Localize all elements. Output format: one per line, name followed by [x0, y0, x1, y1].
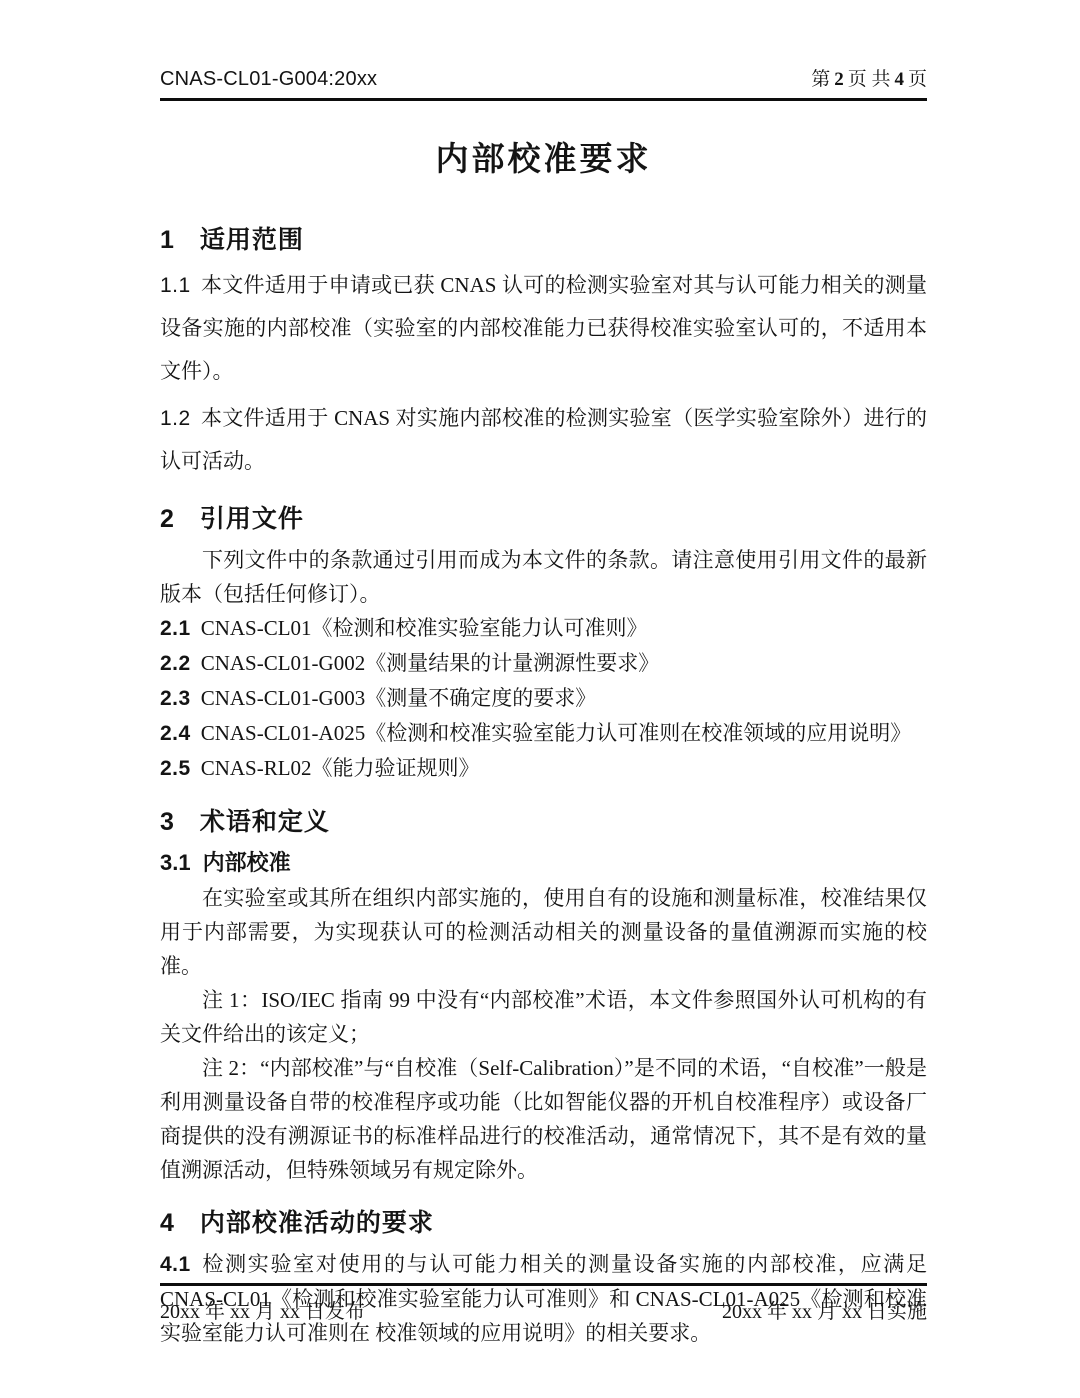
implementation-date: 20xx 年 xx 月 xx 日实施	[722, 1295, 927, 1324]
document-title: 内部校准要求	[160, 133, 927, 180]
page-header: CNAS-CL01-G004:20xx 第2页 共4页	[160, 64, 927, 101]
section-2-intro: 下列文件中的条款通过引用而成为本文件的条款。请注意使用引用文件的最新版本（包括任…	[160, 543, 927, 611]
document-code: CNAS-CL01-G004:20xx	[160, 68, 377, 91]
reference-2-2-label: 2.2	[160, 652, 191, 675]
clause-1-1-label: 1.1	[160, 274, 191, 297]
section-4-number: 4	[160, 1209, 174, 1237]
section-1-heading: 1适用范围	[160, 220, 927, 256]
section-1-number: 1	[160, 226, 174, 254]
release-date: 20xx 年 xx 月 xx 日发布	[160, 1295, 365, 1324]
section-4-title: 内部校准活动的要求	[200, 1209, 434, 1237]
section-1-title: 适用范围	[200, 226, 304, 254]
section-3-title: 术语和定义	[200, 808, 330, 836]
subsection-3-1-number: 3.1	[160, 850, 191, 875]
definition-paragraph: 在实验室或其所在组织内部实施的，使用自有的设施和测量标准，校准结果仅用于内部需要…	[160, 881, 927, 983]
reference-item: 2.1CNAS-CL01《检测和校准实验室能力认可准则》	[160, 611, 927, 646]
clause-4-1-label: 4.1	[160, 1253, 191, 1276]
clause-1-1-text: 本文件适用于申请或已获 CNAS 认可的检测实验室对其与认可能力相关的测量设备实…	[160, 273, 927, 383]
reference-2-3-label: 2.3	[160, 687, 191, 710]
page-label-suffix: 页	[908, 69, 927, 90]
clause-1-2-text: 本文件适用于 CNAS 对实施内部校准的检测实验室（医学实验室除外）进行的认可活…	[160, 406, 927, 473]
section-4-heading: 4内部校准活动的要求	[160, 1203, 927, 1239]
page-footer: 20xx 年 xx 月 xx 日发布 20xx 年 xx 月 xx 日实施	[160, 1283, 927, 1324]
section-3-heading: 3术语和定义	[160, 802, 927, 838]
reference-2-1-text: CNAS-CL01《检测和校准实验室能力认可准则》	[201, 616, 648, 640]
current-page-number: 2	[830, 69, 848, 90]
page-label-middle: 页 共	[848, 69, 891, 90]
reference-2-5-label: 2.5	[160, 757, 191, 780]
page-label-prefix: 第	[811, 69, 830, 90]
reference-2-2-text: CNAS-CL01-G002《测量结果的计量溯源性要求》	[201, 651, 660, 675]
clause-1-2-label: 1.2	[160, 407, 191, 430]
reference-2-3-text: CNAS-CL01-G003《测量不确定度的要求》	[201, 686, 597, 710]
subsection-3-1-heading: 3.1内部校准	[160, 846, 927, 877]
page-number-indicator: 第2页 共4页	[811, 64, 927, 91]
section-2-number: 2	[160, 505, 174, 533]
reference-2-5-text: CNAS-RL02《能力验证规则》	[201, 756, 480, 780]
note-2-paragraph: 注 2：“内部校准”与“自校准（Self-Calibration）”是不同的术语…	[160, 1051, 927, 1187]
section-3-number: 3	[160, 808, 174, 836]
reference-2-1-label: 2.1	[160, 617, 191, 640]
reference-2-4-label: 2.4	[160, 722, 191, 745]
section-2-title: 引用文件	[200, 505, 304, 533]
total-page-number: 4	[890, 69, 908, 90]
note-1-paragraph: 注 1：ISO/IEC 指南 99 中没有“内部校准”术语，本文件参照国外认可机…	[160, 983, 927, 1051]
reference-item: 2.3CNAS-CL01-G003《测量不确定度的要求》	[160, 681, 927, 716]
paragraph-1-1: 1.1本文件适用于申请或已获 CNAS 认可的检测实验室对其与认可能力相关的测量…	[160, 264, 927, 393]
reference-item: 2.4CNAS-CL01-A025《检测和校准实验室能力认可准则在校准领域的应用…	[160, 716, 927, 751]
reference-item: 2.2CNAS-CL01-G002《测量结果的计量溯源性要求》	[160, 646, 927, 681]
reference-2-4-text: CNAS-CL01-A025《检测和校准实验室能力认可准则在校准领域的应用说明》	[201, 721, 912, 745]
document-page: CNAS-CL01-G004:20xx 第2页 共4页 内部校准要求 1适用范围…	[0, 0, 1080, 1398]
reference-item: 2.5CNAS-RL02《能力验证规则》	[160, 751, 927, 786]
subsection-3-1-title: 内部校准	[203, 850, 291, 875]
paragraph-1-2: 1.2本文件适用于 CNAS 对实施内部校准的检测实验室（医学实验室除外）进行的…	[160, 397, 927, 483]
section-2-heading: 2引用文件	[160, 499, 927, 535]
